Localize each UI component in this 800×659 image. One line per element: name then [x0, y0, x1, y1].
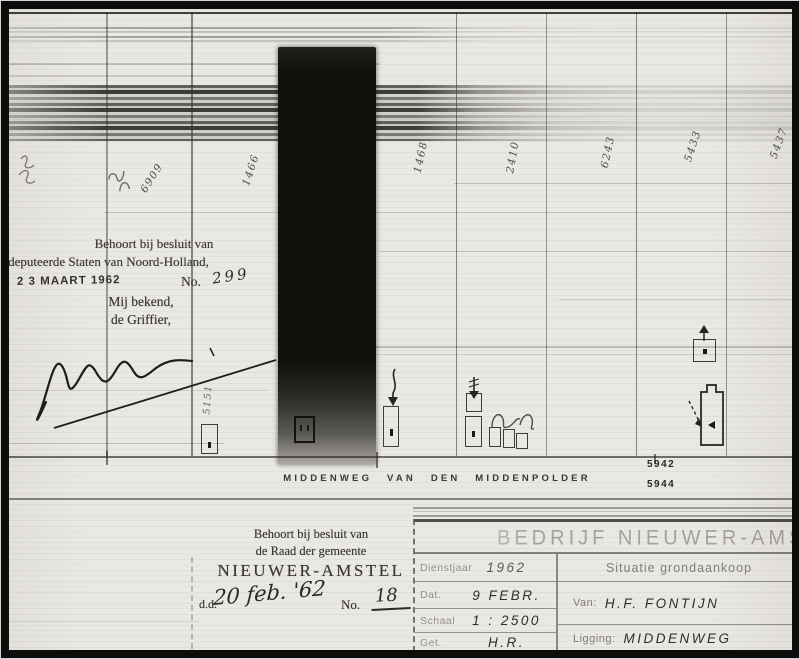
griffier-signature-graphic: [24, 324, 294, 439]
parcel-boundary-line: [636, 12, 637, 456]
boundary-tick: [106, 451, 108, 465]
parcel-number: 6243: [597, 128, 618, 175]
handwritten-approval-number: 299: [211, 264, 251, 287]
scan-streak-band: [9, 85, 792, 141]
title-block-header-text: BEDRIJF NIEUWER-AMSTE: [415, 522, 792, 551]
parcel-boundary-line: [456, 12, 457, 456]
date-stamp: 2 3 MAART 1962: [17, 274, 121, 288]
field-value: H.F. FONTIJN: [605, 596, 720, 611]
stamp-line: de Raad der gemeente: [201, 544, 421, 559]
stamp-edge-dashes: [191, 557, 193, 649]
scan-streak-line: [374, 346, 792, 348]
scan-streak-line: [9, 621, 199, 622]
stamp-number-label: No.: [181, 274, 201, 290]
field-label: Ligging:: [568, 633, 616, 645]
field-value: H.R.: [463, 635, 556, 650]
field-row: Schaal 1 : 2500: [415, 609, 556, 633]
boundary-tick: [376, 452, 378, 468]
title-block: BEDRIJF NIEUWER-AMSTE Dienstjaar 1962 Da…: [413, 519, 792, 650]
scan-streak-line: [559, 299, 792, 300]
field-row: Get. H.R.: [415, 633, 556, 650]
drawing-subject: Situatie grondaankoop: [606, 561, 752, 575]
road-parcel-number-bottom: 5944: [647, 479, 675, 490]
scan-streak-band: [9, 27, 792, 45]
field-label: Schaal: [415, 615, 463, 627]
field-label: Get.: [415, 637, 463, 649]
scanned-map-sheet: MIDDENWEG VAN DEN MIDDENPOLDER 5942 5944…: [0, 0, 800, 659]
field-value: 1962: [463, 560, 556, 575]
scan-streak-line: [9, 75, 309, 77]
survey-marker-icon: [489, 427, 501, 447]
field-row: Dienstjaar 1962: [415, 554, 556, 582]
survey-marker-icon: [466, 393, 482, 412]
survey-marker-icon: [503, 429, 515, 448]
scan-streak-line: [374, 354, 792, 355]
stamp-number-label: No.: [341, 597, 360, 613]
field-label: Dat.: [415, 589, 463, 601]
field-value: 9 FEBR.: [463, 588, 556, 603]
parcel-number: 5437: [765, 119, 792, 166]
stamp-line: Behoort bij besluit van: [201, 527, 421, 542]
survey-marker-icon: [294, 416, 315, 443]
road-parcel-number-top: 5942: [647, 459, 675, 470]
survey-marker-icon: [687, 379, 733, 449]
scan-streak-line: [379, 251, 792, 252]
field-row: Ligging: MIDDENWEG: [558, 625, 792, 650]
parcel-boundary-line: [546, 12, 547, 456]
road-label: MIDDENWEG VAN DEN MIDDENPOLDER: [277, 473, 597, 484]
title-block-body: Dienstjaar 1962 Dat. 9 FEBR. Schaal 1 : …: [415, 554, 792, 650]
arrow-icon: [381, 367, 405, 407]
survey-marker-icon: [465, 416, 482, 447]
title-block-header: BEDRIJF NIEUWER-AMSTE: [415, 522, 792, 554]
scan-streak-band: [413, 507, 792, 519]
survey-marker-icon: [516, 433, 528, 449]
paper-page: MIDDENWEG VAN DEN MIDDENPOLDER 5942 5944…: [9, 9, 792, 650]
field-row: Dat. 9 FEBR.: [415, 582, 556, 609]
survey-marker-icon: [693, 339, 716, 362]
margin-scribble-graphic: [11, 145, 55, 207]
road-edge-line: [9, 456, 792, 458]
title-block-left-column: Dienstjaar 1962 Dat. 9 FEBR. Schaal 1 : …: [415, 554, 558, 650]
field-value: MIDDENWEG: [624, 631, 732, 646]
field-label: Dienstjaar: [415, 562, 463, 574]
field-label: Van:: [568, 597, 597, 609]
handwritten-decision-number: 18: [370, 584, 410, 611]
provincial-approval-stamp: Behoort bij besluit van Gedeputeerde Sta…: [9, 234, 299, 334]
stamp-line: Mij bekend,: [71, 294, 211, 310]
title-block-right-column: Situatie grondaankoop Van: H.F. FONTIJN …: [558, 554, 792, 650]
scan-streak-line: [454, 183, 792, 184]
road-edge-line: [9, 498, 792, 500]
survey-marker-icon: [383, 406, 399, 447]
municipal-approval-stamp: Behoort bij besluit van de Raad der geme…: [201, 523, 431, 635]
scan-streak-line: [104, 212, 792, 213]
field-row: Situatie grondaankoop: [558, 554, 792, 582]
parcel-number: 2410: [503, 133, 523, 180]
handwritten-date: 20 feb. '62: [213, 576, 327, 610]
parcel-number: 1466: [238, 146, 264, 193]
field-value: 1 : 2500: [463, 613, 556, 628]
parcel-number: 5433: [680, 122, 706, 169]
stamp-line: Gedeputeerde Staten van Noord-Holland,: [9, 254, 293, 270]
parcel-number: 1468: [410, 133, 431, 180]
map-frame-top-line: [9, 12, 792, 14]
stamp-line: Behoort bij besluit van: [39, 236, 269, 252]
field-row: Van: H.F. FONTIJN: [558, 582, 792, 625]
